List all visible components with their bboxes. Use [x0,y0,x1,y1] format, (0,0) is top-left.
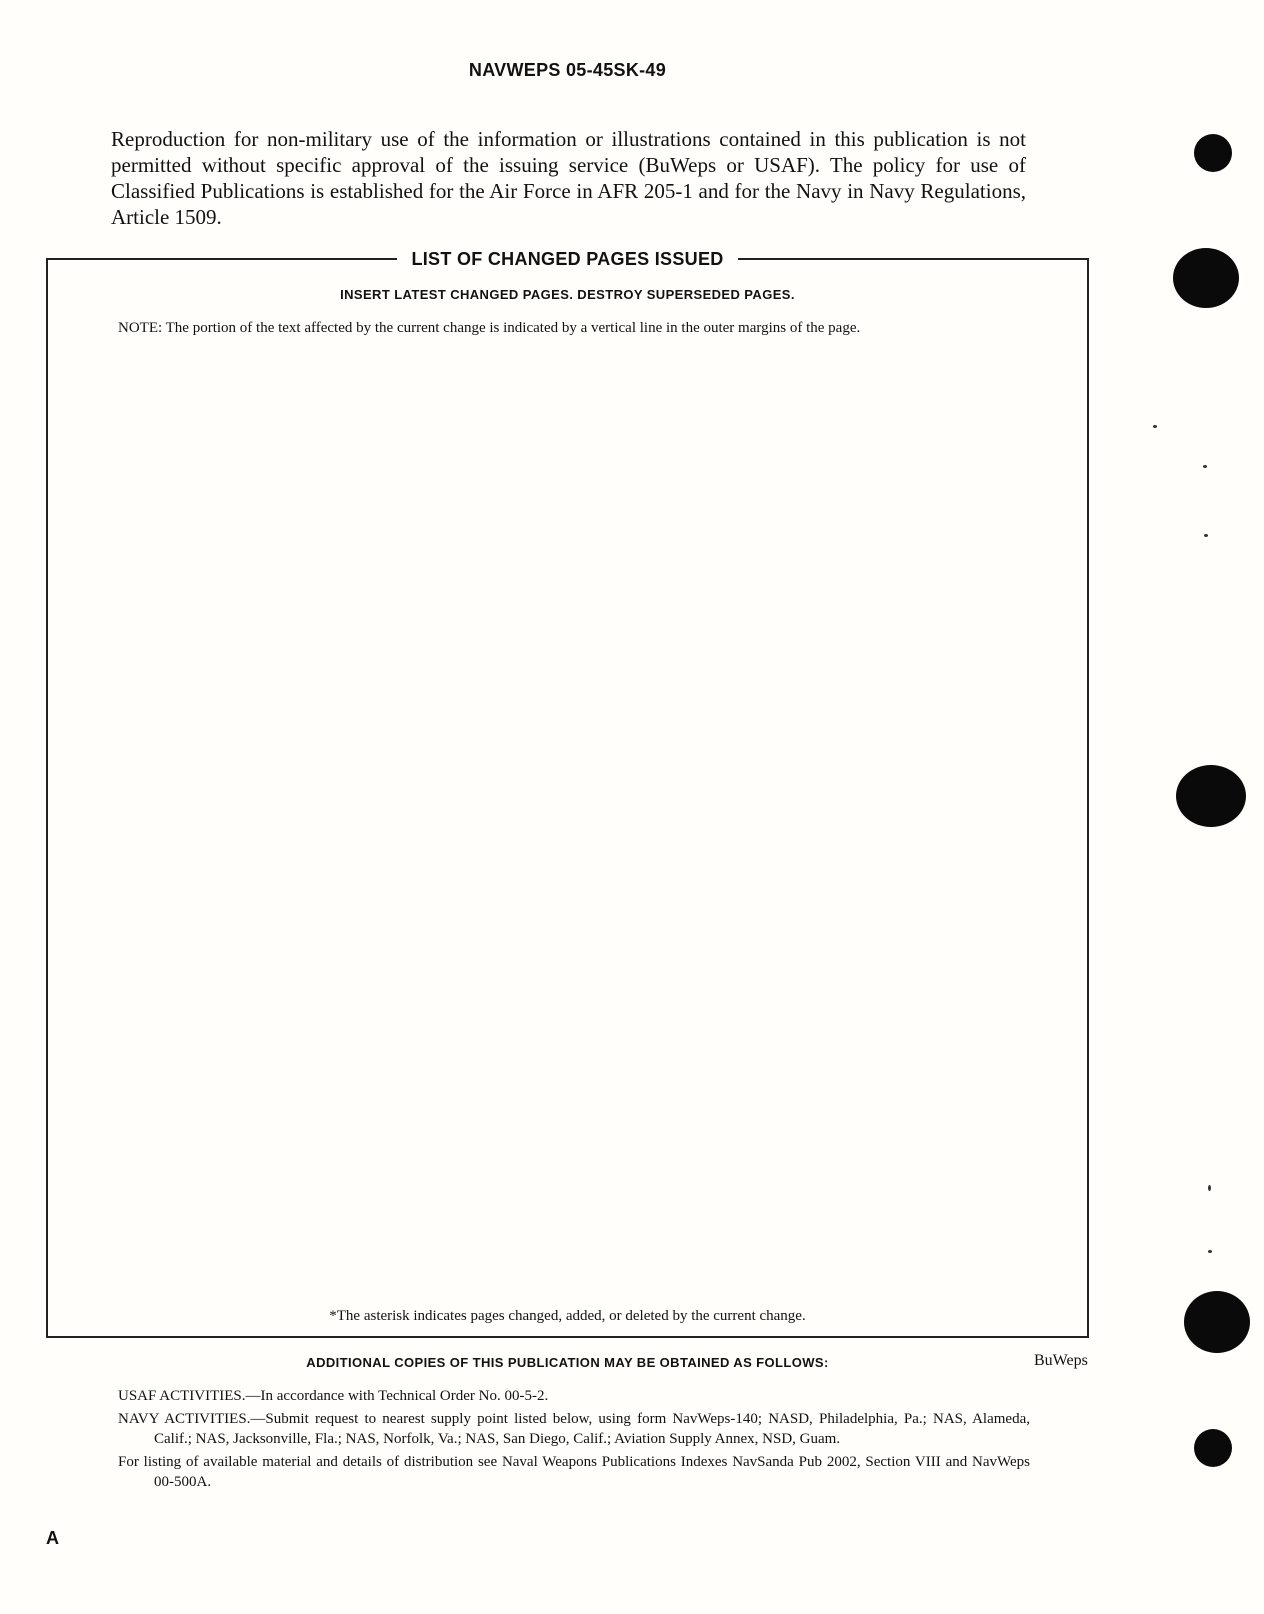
punch-hole [1173,248,1239,308]
scan-speck [1204,534,1208,537]
punch-hole [1176,765,1246,827]
scan-speck [1153,425,1157,428]
listing-info: For listing of available material and de… [118,1452,1030,1492]
changed-pages-title: LIST OF CHANGED PAGES ISSUED [411,249,723,270]
scan-speck [1203,465,1207,468]
changed-pages-title-row: LIST OF CHANGED PAGES ISSUED [46,247,1089,271]
punch-hole [1194,134,1232,172]
change-note: NOTE: The portion of the text affected b… [118,318,1030,339]
title-rule-right [738,258,1089,260]
changed-pages-box [46,258,1089,1338]
navy-activities: NAVY ACTIVITIES.—Submit request to neare… [118,1409,1030,1449]
insert-instruction: INSERT LATEST CHANGED PAGES. DESTROY SUP… [46,287,1089,302]
usaf-activities: USAF ACTIVITIES.—In accordance with Tech… [118,1386,1030,1406]
punch-hole [1184,1291,1250,1353]
punch-hole [1194,1429,1232,1467]
scan-speck [1208,1250,1212,1253]
distribution-instructions: USAF ACTIVITIES.—In accordance with Tech… [118,1386,1030,1495]
scan-speck [1208,1185,1211,1191]
page-letter: A [46,1528,59,1549]
additional-copies-title: ADDITIONAL COPIES OF THIS PUBLICATION MA… [46,1355,1089,1370]
title-rule-left [46,258,397,260]
issuer-label: BuWeps [1034,1352,1088,1370]
reproduction-notice: Reproduction for non-military use of the… [111,126,1026,230]
asterisk-note: *The asterisk indicates pages changed, a… [46,1308,1089,1325]
publication-code: NAVWEPS 05-45SK-49 [0,60,1135,81]
